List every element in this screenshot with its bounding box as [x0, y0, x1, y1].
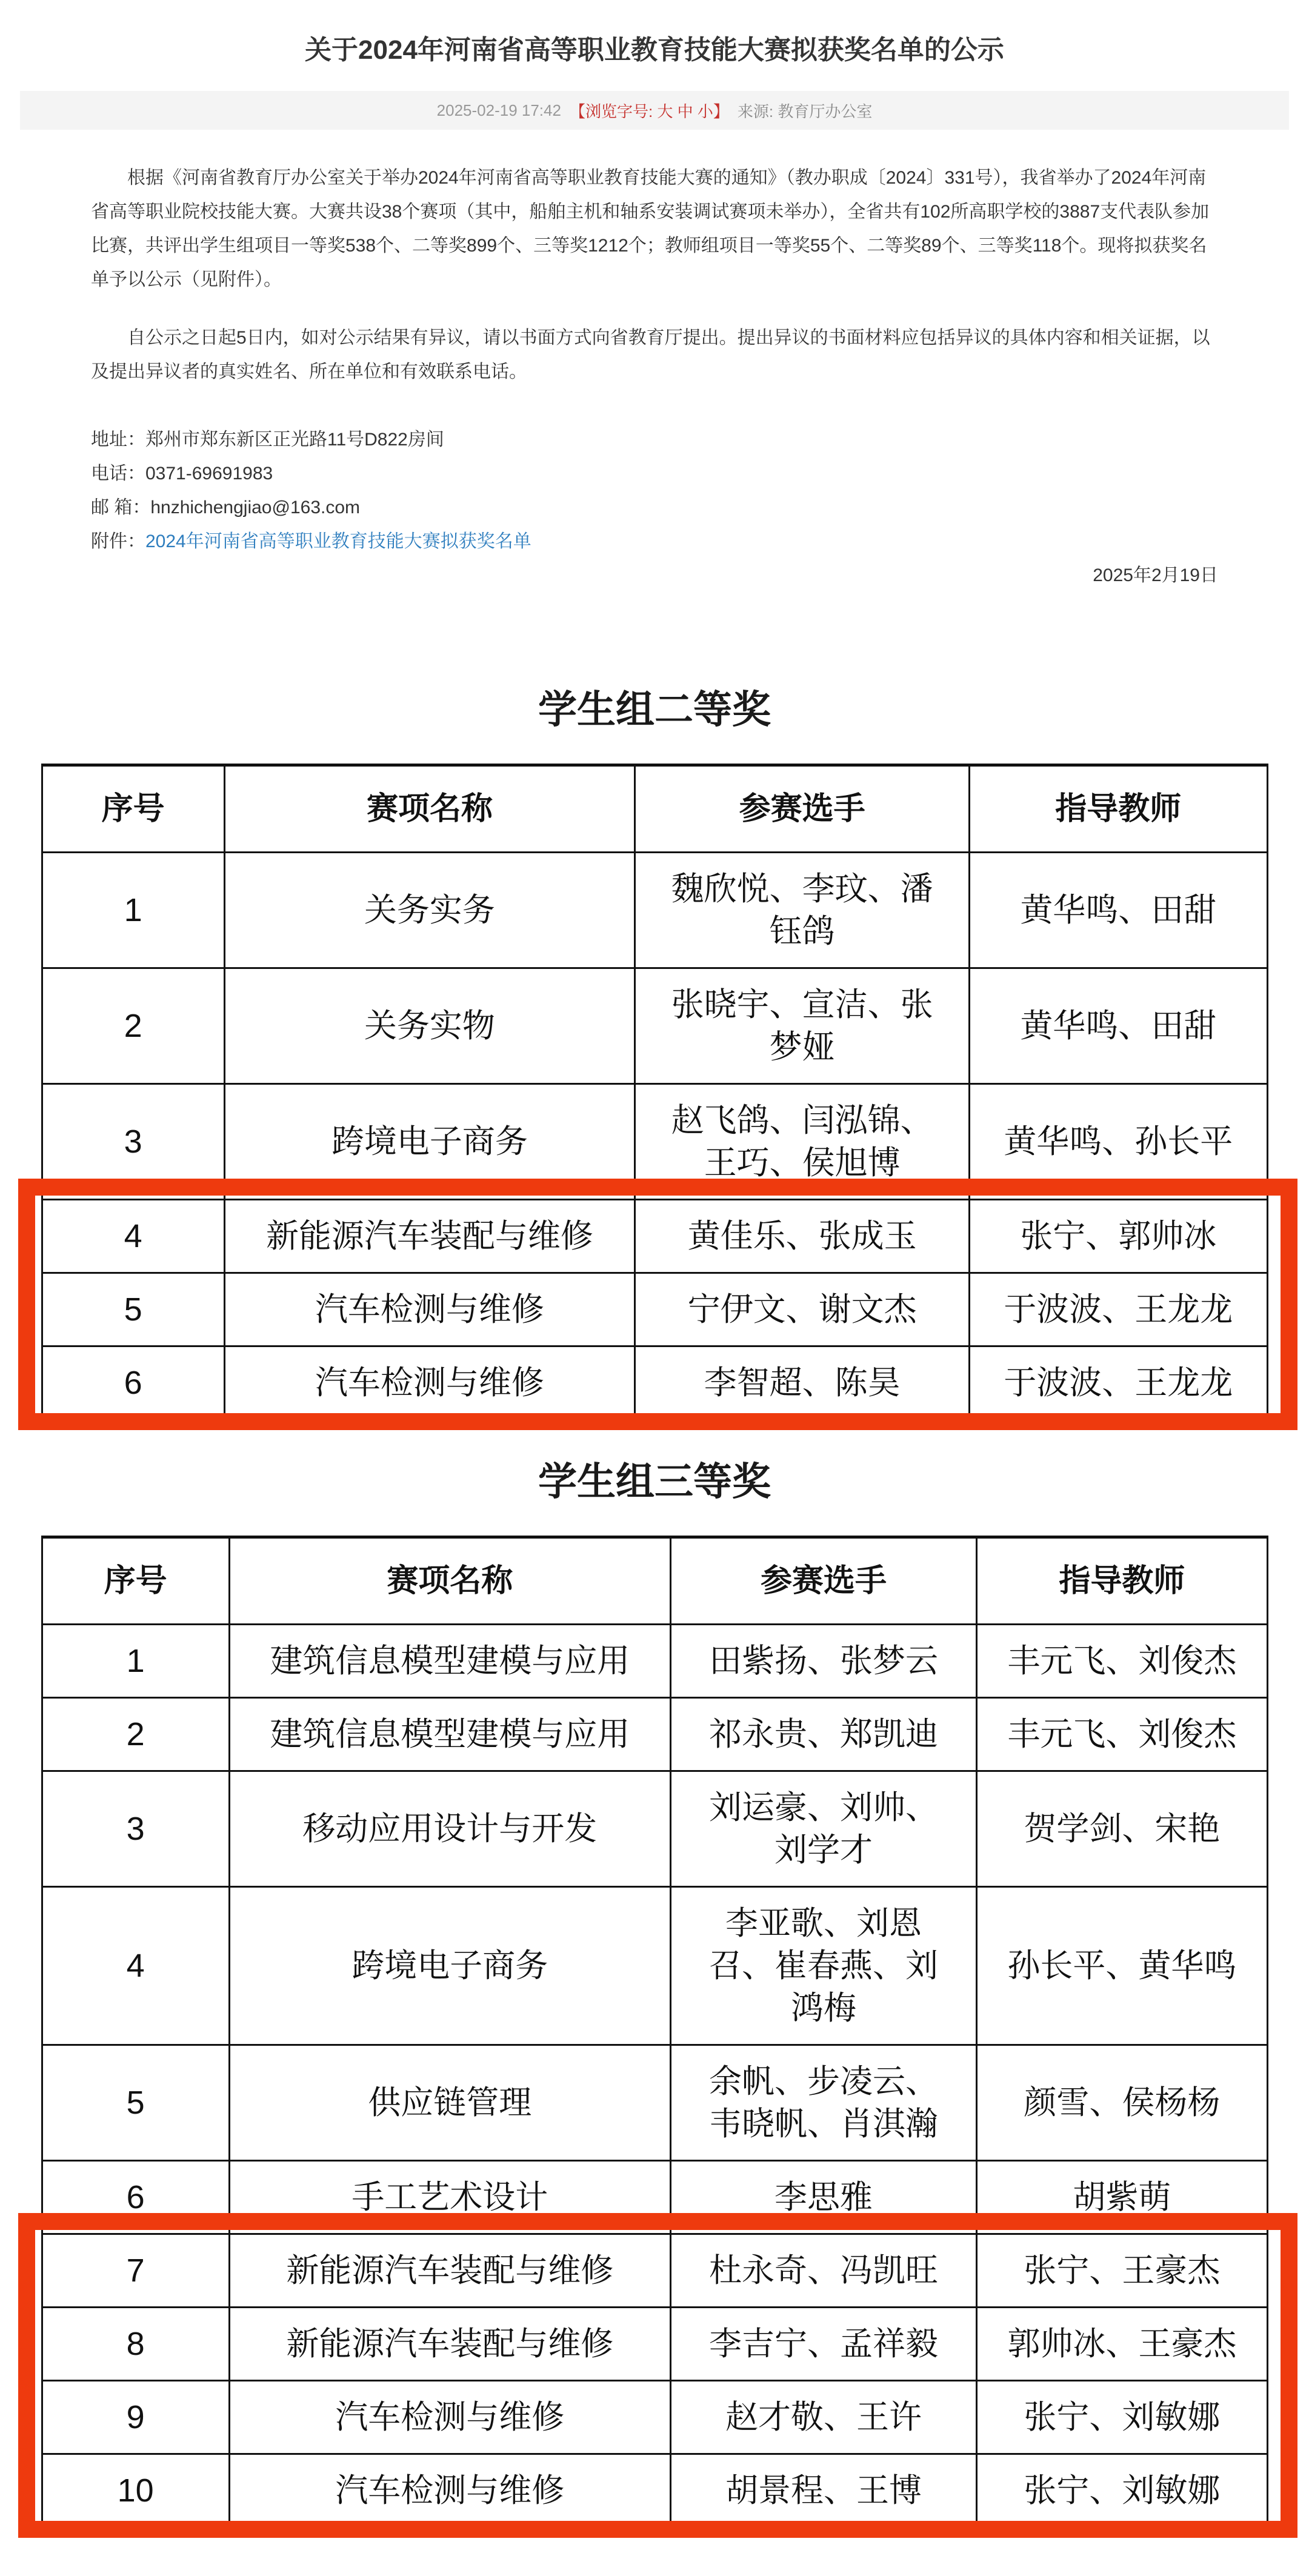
publish-datetime: 2025-02-19 17:42 — [437, 101, 561, 120]
table-cell: 余帆、步凌云、韦晓帆、肖淇瀚 — [670, 2045, 977, 2161]
table-cell: 8 — [42, 2308, 229, 2381]
table-cell: 张宁、郭帅冰 — [970, 1200, 1267, 1273]
table-cell: 4 — [42, 1887, 229, 2045]
table-cell: 跨境电子商务 — [224, 1084, 635, 1200]
table-cell: 5 — [42, 1273, 224, 1346]
table-cell: 杜永奇、冯凯旺 — [670, 2234, 977, 2308]
table-cell: 李智超、陈昊 — [635, 1346, 970, 1420]
table-cell: 丰元飞、刘俊杰 — [977, 1625, 1267, 1698]
table-wrap: 序号赛项名称参赛选手指导教师 1建筑信息模型建模与应用田紫扬、张梦云丰元飞、刘俊… — [41, 1536, 1268, 2528]
table-row: 6汽车检测与维修李智超、陈昊于波波、王龙龙 — [42, 1346, 1267, 1420]
table-cell: 汽车检测与维修 — [229, 2381, 670, 2454]
table-cell: 供应链管理 — [229, 2045, 670, 2161]
table-cell: 建筑信息模型建模与应用 — [229, 1625, 670, 1698]
award-table: 序号赛项名称参赛选手指导教师 1建筑信息模型建模与应用田紫扬、张梦云丰元飞、刘俊… — [41, 1536, 1268, 2528]
table-cell: 2 — [42, 968, 224, 1084]
table-row: 2关务实物张晓宇、宣洁、张梦娅黄华鸣、田甜 — [42, 968, 1267, 1084]
page: 关于2024年河南省高等职业教育技能大赛拟获奖名单的公示 2025-02-19 … — [0, 0, 1309, 2576]
table-cell: 黄华鸣、田甜 — [970, 968, 1267, 1084]
font-size-controls[interactable]: 【浏览字号: 大 中 小】 — [570, 99, 729, 122]
table-cell: 宁伊文、谢文杰 — [635, 1273, 970, 1346]
phone-line: 电话：0371-69691983 — [91, 457, 1218, 491]
table-cell: 3 — [42, 1084, 224, 1200]
table-cell: 3 — [42, 1771, 229, 1887]
table-row: 5汽车检测与维修宁伊文、谢文杰于波波、王龙龙 — [42, 1273, 1267, 1346]
table-cell: 新能源汽车装配与维修 — [229, 2308, 670, 2381]
table-cell: 胡紫萌 — [977, 2161, 1267, 2234]
table-cell: 9 — [42, 2381, 229, 2454]
table-cell: 汽车检测与维修 — [224, 1273, 635, 1346]
table-row: 3移动应用设计与开发刘运豪、刘帅、刘学才贺学剑、宋艳 — [42, 1771, 1267, 1887]
table-cell: 丰元飞、刘俊杰 — [977, 1698, 1267, 1771]
table-cell: 5 — [42, 2045, 229, 2161]
award-table: 序号赛项名称参赛选手指导教师 1关务实务魏欣悦、李玟、潘钰鸽黄华鸣、田甜2关务实… — [41, 764, 1268, 1420]
attachment-label: 附件： — [91, 531, 145, 551]
table-cell: 新能源汽车装配与维修 — [229, 2234, 670, 2308]
table-row: 1关务实务魏欣悦、李玟、潘钰鸽黄华鸣、田甜 — [42, 853, 1267, 968]
table-cell: 赵才敬、王许 — [670, 2381, 977, 2454]
table-cell: 1 — [42, 1625, 229, 1698]
source-label: 来源: 教育厅办公室 — [738, 99, 872, 122]
table-cell: 赵飞鸽、闫泓锦、王巧、侯旭博 — [635, 1084, 970, 1200]
table-row: 4新能源汽车装配与维修黄佳乐、张成玉张宁、郭帅冰 — [42, 1200, 1267, 1273]
table-cell: 关务实务 — [224, 853, 635, 968]
table-cell: 手工艺术设计 — [229, 2161, 670, 2234]
table-cell: 李吉宁、孟祥毅 — [670, 2308, 977, 2381]
table-cell: 6 — [42, 2161, 229, 2234]
table-cell: 10 — [42, 2454, 229, 2528]
table-cell: 1 — [42, 853, 224, 968]
table-cell: 魏欣悦、李玟、潘钰鸽 — [635, 853, 970, 968]
address-line: 地址：郑州市郑东新区正光路11号D822房间 — [91, 423, 1218, 457]
table-cell: 郭帅冰、王豪杰 — [977, 2308, 1267, 2381]
publish-date: 2025年2月19日 — [91, 559, 1218, 593]
table-cell: 刘运豪、刘帅、刘学才 — [670, 1771, 977, 1887]
article-body: 根据《河南省教育厅办公室关于举办2024年河南省高等职业教育技能大赛的通知》（教… — [0, 161, 1309, 593]
table-cell: 黄华鸣、孙长平 — [970, 1084, 1267, 1200]
table-row: 3跨境电子商务赵飞鸽、闫泓锦、王巧、侯旭博黄华鸣、孙长平 — [42, 1084, 1267, 1200]
table-cell: 胡景程、王博 — [670, 2454, 977, 2528]
table-cell: 跨境电子商务 — [229, 1887, 670, 2045]
column-header: 指导教师 — [977, 1537, 1267, 1625]
table-cell: 祁永贵、郑凯迪 — [670, 1698, 977, 1771]
table-cell: 孙长平、黄华鸣 — [977, 1887, 1267, 2045]
column-header: 指导教师 — [970, 765, 1267, 853]
column-header: 参赛选手 — [670, 1537, 977, 1625]
table-cell: 张宁、王豪杰 — [977, 2234, 1267, 2308]
table-row: 6手工艺术设计李思雅胡紫萌 — [42, 2161, 1267, 2234]
table-cell: 贺学剑、宋艳 — [977, 1771, 1267, 1887]
table-cell: 颜雪、侯杨杨 — [977, 2045, 1267, 2161]
table-row: 10汽车检测与维修胡景程、王博张宁、刘敏娜 — [42, 2454, 1267, 2528]
table-cell: 黄佳乐、张成玉 — [635, 1200, 970, 1273]
table-cell: 4 — [42, 1200, 224, 1273]
attachment-link[interactable]: 2024年河南省高等职业教育技能大赛拟获奖名单 — [145, 531, 531, 551]
third-prize-section: 学生组三等奖 序号赛项名称参赛选手指导教师 1建筑信息模型建模与应用田紫扬、张梦… — [0, 1451, 1309, 2528]
table-cell: 张宁、刘敏娜 — [977, 2454, 1267, 2528]
table-row: 5供应链管理余帆、步凌云、韦晓帆、肖淇瀚颜雪、侯杨杨 — [42, 2045, 1267, 2161]
table-row: 8新能源汽车装配与维修李吉宁、孟祥毅郭帅冰、王豪杰 — [42, 2308, 1267, 2381]
meta-bar: 2025-02-19 17:42 【浏览字号: 大 中 小】 来源: 教育厅办公… — [20, 91, 1289, 130]
header-row: 序号赛项名称参赛选手指导教师 — [42, 765, 1267, 853]
table-row: 7新能源汽车装配与维修杜永奇、冯凯旺张宁、王豪杰 — [42, 2234, 1267, 2308]
table-cell: 李思雅 — [670, 2161, 977, 2234]
attachment-line: 附件：2024年河南省高等职业教育技能大赛拟获奖名单 — [91, 525, 1218, 559]
table-cell: 新能源汽车装配与维修 — [224, 1200, 635, 1273]
column-header: 序号 — [42, 765, 224, 853]
table-row: 9汽车检测与维修赵才敬、王许张宁、刘敏娜 — [42, 2381, 1267, 2454]
table-cell: 关务实物 — [224, 968, 635, 1084]
table-cell: 6 — [42, 1346, 224, 1420]
table-cell: 田紫扬、张梦云 — [670, 1625, 977, 1698]
table-row: 4跨境电子商务李亚歌、刘恩召、崔春燕、刘鸿梅孙长平、黄华鸣 — [42, 1887, 1267, 2045]
table-cell: 张晓宇、宣洁、张梦娅 — [635, 968, 970, 1084]
page-title: 关于2024年河南省高等职业教育技能大赛拟获奖名单的公示 — [0, 33, 1309, 67]
table-cell: 建筑信息模型建模与应用 — [229, 1698, 670, 1771]
paragraph-objection: 自公示之日起5日内，如对公示结果有异议，请以书面方式向省教育厅提出。提出异议的书… — [91, 321, 1218, 389]
table-cell: 于波波、王龙龙 — [970, 1273, 1267, 1346]
table-cell: 于波波、王龙龙 — [970, 1346, 1267, 1420]
table-cell: 李亚歌、刘恩召、崔春燕、刘鸿梅 — [670, 1887, 977, 2045]
section-title: 学生组三等奖 — [0, 1451, 1309, 1506]
table-row: 1建筑信息模型建模与应用田紫扬、张梦云丰元飞、刘俊杰 — [42, 1625, 1267, 1698]
table-cell: 张宁、刘敏娜 — [977, 2381, 1267, 2454]
paragraph-intro: 根据《河南省教育厅办公室关于举办2024年河南省高等职业教育技能大赛的通知》（教… — [91, 161, 1218, 297]
table-cell: 2 — [42, 1698, 229, 1771]
column-header: 赛项名称 — [229, 1537, 670, 1625]
table-cell: 移动应用设计与开发 — [229, 1771, 670, 1887]
table-row: 2建筑信息模型建模与应用祁永贵、郑凯迪丰元飞、刘俊杰 — [42, 1698, 1267, 1771]
table-cell: 汽车检测与维修 — [229, 2454, 670, 2528]
column-header: 序号 — [42, 1537, 229, 1625]
table-cell: 汽车检测与维修 — [224, 1346, 635, 1420]
table-cell: 7 — [42, 2234, 229, 2308]
header-row: 序号赛项名称参赛选手指导教师 — [42, 1537, 1267, 1625]
column-header: 赛项名称 — [224, 765, 635, 853]
email-line: 邮 箱：hnzhichengjiao@163.com — [91, 491, 1218, 525]
bottom-spacer — [0, 2528, 1309, 2552]
second-prize-section: 学生组二等奖 序号赛项名称参赛选手指导教师 1关务实务魏欣悦、李玟、潘钰鸽黄华鸣… — [0, 679, 1309, 1420]
column-header: 参赛选手 — [635, 765, 970, 853]
section-title: 学生组二等奖 — [0, 679, 1309, 734]
table-wrap: 序号赛项名称参赛选手指导教师 1关务实务魏欣悦、李玟、潘钰鸽黄华鸣、田甜2关务实… — [41, 764, 1268, 1420]
table-cell: 黄华鸣、田甜 — [970, 853, 1267, 968]
